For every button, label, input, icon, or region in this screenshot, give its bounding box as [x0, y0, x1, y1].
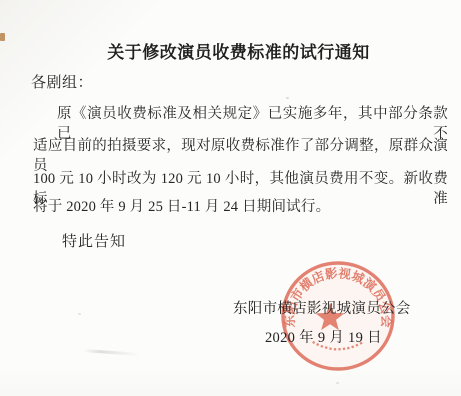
scan-edge-mark	[0, 33, 5, 41]
signature-organization: 东阳市横店影视城演员公会	[233, 297, 411, 318]
salutation: 各剧组：	[31, 71, 93, 92]
closing-phrase: 特此告知	[62, 230, 126, 251]
scan-speck	[286, 97, 289, 99]
scan-speck	[78, 313, 81, 315]
signature-date: 2020 年 9 月 19 日	[265, 326, 382, 347]
scan-speck	[336, 382, 339, 384]
scanned-notice-page: 关于修改演员收费标准的试行通知 各剧组： 原《演员收费标准及相关规定》已实施多年…	[0, 0, 461, 396]
body-line: 将于 2020 年 9 月 25 日-11 月 24 日期间试行。	[33, 197, 448, 217]
scan-smudge	[83, 349, 140, 356]
notice-title: 关于修改演员收费标准的试行通知	[0, 38, 461, 63]
